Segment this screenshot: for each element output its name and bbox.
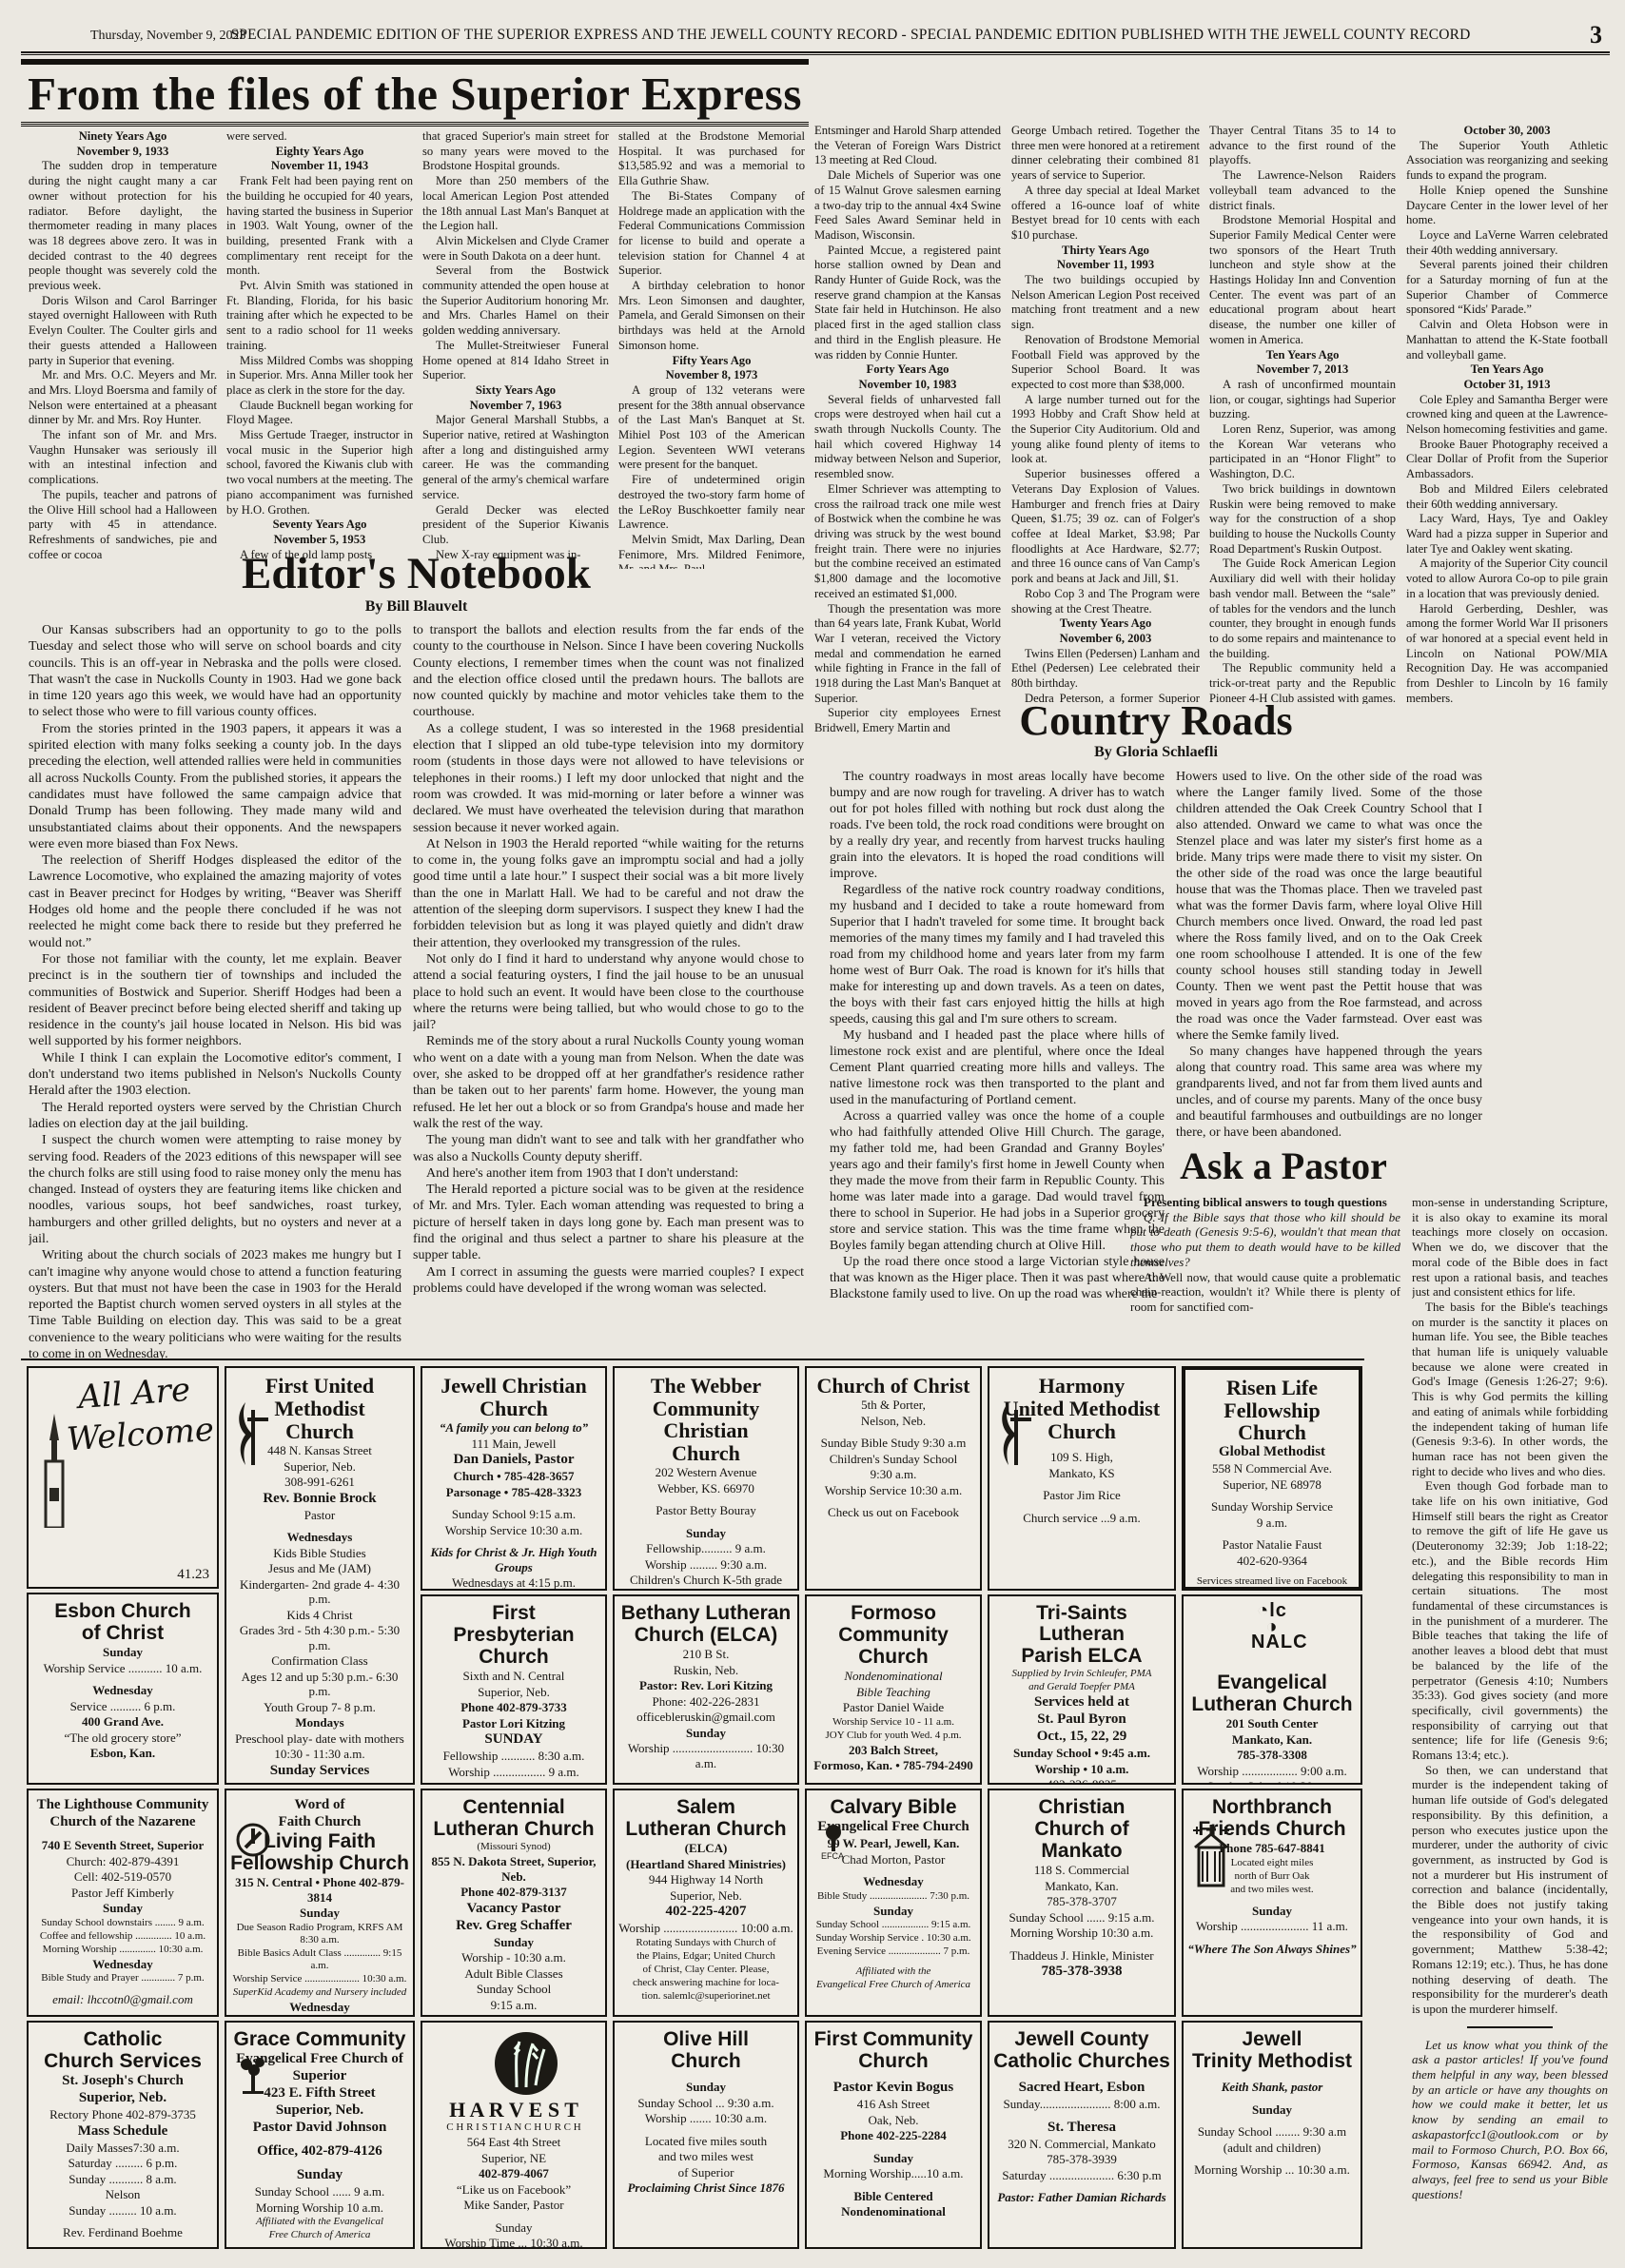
subhead: November 11, 1993 — [1011, 258, 1200, 273]
paragraph: A three day special at Ideal Market offe… — [1011, 184, 1200, 244]
paragraph: Loren Renz, Superior, was among the Kore… — [1209, 422, 1396, 482]
welcome-line-2: Welcome! — [66, 1413, 218, 1457]
ad-heading-line: of Christ — [32, 1623, 213, 1644]
masthead-title: SPECIAL PANDEMIC EDITION OF THE SUPERIOR… — [190, 27, 1511, 44]
ad-heading-line: Community — [811, 1625, 976, 1646]
paragraph: Regardless of the native rock country ro… — [830, 882, 1165, 1027]
ad-line: Sunday Worship Service . 10:30 a.m. — [811, 1932, 976, 1945]
ad-line: 785-378-3939 — [993, 2152, 1170, 2167]
ad-line: Church • 785-428-3657 — [426, 1469, 601, 1484]
ad-line — [993, 1942, 1170, 1947]
ad-line — [618, 2073, 793, 2079]
ad-line: Sunday — [426, 2220, 601, 2236]
ad-first-united-methodist: First UnitedMethodistChurch448 N. Kansas… — [225, 1366, 415, 1785]
ad-line: Ages 12 and up 5:30 p.m.- 6:30 p.m. — [230, 1670, 409, 1699]
ad-line: Bible Basics Adult Class .............. … — [230, 1947, 409, 1972]
ad-line: Sunday School ... 9:30 a.m. — [618, 2096, 793, 2111]
paragraph: The infant son of Mr. and Mrs. Vaughn Hu… — [29, 428, 217, 488]
ad-line: Wednesdays — [230, 1530, 409, 1545]
ad-heading-line: Centennial — [426, 1797, 601, 1818]
ad-line — [230, 2137, 409, 2142]
paragraph: The sudden drop in temperature during th… — [29, 159, 217, 293]
ad-line: C H R I S T I A N C H U R C H — [426, 2121, 601, 2134]
ad-line: Fellowship.......... 9 a.m. — [618, 1541, 793, 1556]
files-column-6: George Umbach retired. Together the thre… — [1011, 124, 1200, 704]
ad-line: Sacred Heart, Esbon — [993, 2080, 1170, 2096]
ad-line: Church of the Nazarene — [32, 1814, 213, 1830]
ad-line: Sunday — [230, 2167, 409, 2183]
paragraph: The Herald reported oysters were served … — [29, 1100, 401, 1133]
paragraph: I suspect the church women were attempti… — [29, 1132, 401, 1247]
paragraph: Bob and Mildred Eilers celebrated their … — [1406, 482, 1608, 512]
ad-text: CatholicChurch ServicesSt. Joseph's Chur… — [32, 2029, 213, 2240]
ad-catholic-church-services: CatholicChurch ServicesSt. Joseph's Chur… — [27, 2021, 219, 2249]
ad-webber-community: The WebberCommunity ChristianChurch202 W… — [613, 1366, 799, 1591]
ad-lighthouse-nazarene: The Lighthouse CommunityChurch of the Na… — [27, 1789, 219, 2017]
subhead: November 9, 1933 — [29, 145, 217, 160]
ad-calvary-bible: EFCACalvary BibleEvangelical Free Church… — [805, 1789, 982, 2017]
ad-line: tion. salemlc@superiorinet.net — [618, 1990, 793, 2003]
ad-line: “A family you can belong to” — [426, 1420, 601, 1436]
paragraph: Major General Marshall Stubbs, a Superio… — [422, 413, 609, 502]
ad-line — [1187, 2156, 1357, 2161]
paragraph: Mr. and Mrs. O.C. Meyers and Mr. and Mrs… — [29, 368, 217, 428]
subhead: October 31, 1913 — [1406, 378, 1608, 393]
files-column-4: stalled at the Brodstone Memorial Hospit… — [618, 129, 805, 569]
ad-text: Tri-Saints LutheranParish ELCASupplied b… — [993, 1603, 1170, 1785]
ad-line: Parsonage • 785-428-3323 — [426, 1485, 601, 1500]
ad-line: 9:15 a.m. — [426, 1998, 601, 2013]
ad-line — [426, 1538, 601, 1544]
ad-line: Phone: 402-226-2831 — [618, 1694, 793, 1710]
editors-notebook-column-b: to transport the ballots and election re… — [413, 622, 804, 1360]
ad-line: Worship - 10:30 a.m. — [426, 1950, 601, 1965]
ad-line: 10:30 - 11:30 a.m. — [230, 1747, 409, 1762]
ad-line: 558 N Commercial Ave. — [1189, 1461, 1355, 1476]
ad-line: Saturday ......... 6 p.m. — [32, 2156, 213, 2171]
ad-line: SuperKid Academy and Nursery included — [230, 1986, 409, 1999]
ad-line: 855 N. Dakota Street, Superior, Neb. — [426, 1854, 601, 1884]
ad-line — [618, 1496, 793, 1502]
ad-text: FirstPresbyterianChurchSixth and N. Cent… — [426, 1603, 601, 1779]
nalc-logo-icon: ◔lc ◑ NALC — [1251, 1604, 1293, 1671]
paragraph: From the stories printed in the 1903 pap… — [29, 721, 401, 852]
ad-evangelical-lutheran: ◔lc ◑ NALCEvangelicalLutheran Church201 … — [1182, 1594, 1362, 1785]
subhead: Forty Years Ago — [814, 362, 1001, 378]
ad-line: Nondenominational — [811, 1669, 976, 1684]
ad-line: Superior, Neb. — [32, 2090, 213, 2106]
ad-line: 111 Main, Jewell — [426, 1437, 601, 1452]
ad-line: email: lhccotn0@gmail.com — [32, 1992, 213, 2007]
paragraph: Frank Felt had been paying rent on the b… — [226, 174, 413, 279]
ad-line: Superior, NE 68978 — [1189, 1477, 1355, 1493]
ad-line: Esbon, Kan. — [32, 1746, 213, 1761]
ad-line: Pastor Daniel Waide — [811, 1700, 976, 1715]
ad-heading-line: Mankato — [993, 1841, 1170, 1862]
ad-grace-community: Grace CommunityEvangelical Free Church o… — [225, 2021, 415, 2249]
ad-text: Jewell CountyCatholic ChurchesSacred Hea… — [993, 2029, 1170, 2205]
ad-text: Jewell ChristianChurch“A family you can … — [426, 1375, 601, 1591]
ad-line: St. Joseph's Church — [32, 2073, 213, 2089]
paragraph: The two buildings occupied by Nelson Ame… — [1011, 273, 1200, 333]
ad-text: Olive HillChurchSundaySunday School ... … — [618, 2029, 793, 2196]
ad-line: JOY Club for youth Wed. 4 p.m. — [811, 1730, 976, 1742]
ad-line: Worship Service 10:30 a.m. — [426, 1523, 601, 1538]
ad-line: Formoso, Kan. • 785-794-2490 — [811, 1758, 976, 1773]
ad-line: Pastor Betty Bouray — [618, 1503, 793, 1518]
divider-rule — [1467, 2026, 1553, 2028]
paragraph: were served. — [226, 129, 413, 145]
files-column-5: Entsminger and Harold Sharp attended the… — [814, 124, 1001, 753]
ad-line: Sunday — [1187, 2102, 1357, 2118]
ad-line — [32, 1831, 213, 1837]
ad-line: Jesus and Me (JAM) — [230, 1561, 409, 1576]
ad-harvest-christian: H A R V E S TC H R I S T I A N C H U R C… — [421, 2021, 607, 2249]
ad-line: Sunday ......... 10 a.m. — [32, 2203, 213, 2219]
ad-heading-line: Church — [426, 1398, 601, 1419]
ad-heading-line: Harmony — [993, 1375, 1170, 1397]
ad-line: Kids Bible Studies — [230, 1546, 409, 1561]
ad-line: Rev. Bonnie Brock — [230, 1491, 409, 1507]
ad-line: Mondays — [230, 1715, 409, 1730]
word-of-faith-cross-icon — [232, 1823, 274, 1889]
ad-text: Bethany LutheranChurch (ELCA)210 B St.Ru… — [618, 1603, 793, 1770]
ad-line: 320 N. Commercial, Mankato — [993, 2137, 1170, 2152]
ad-line: Keith Shank, pastor — [1187, 2080, 1357, 2095]
ad-line: 402-236-8825 — [993, 1777, 1170, 1785]
paragraph: mon-sense in understanding Scripture, it… — [1412, 1195, 1608, 1300]
ad-text: The WebberCommunity ChristianChurch202 W… — [618, 1375, 793, 1588]
paragraph: And here's another item from 1903 that I… — [413, 1165, 804, 1182]
ad-line: Adult Bible, SuperKid Academy ....... 7 … — [230, 2015, 409, 2017]
ad-formoso-community: FormosoCommunityChurchNondenominationalB… — [805, 1594, 982, 1785]
ad-text: ChristianChurch ofMankato118 S. Commerci… — [993, 1797, 1170, 1980]
ad-line: 202 Western Avenue — [618, 1465, 793, 1480]
ad-line: Due Season Radio Program, KRFS AM 8:30 a… — [230, 1922, 409, 1946]
ad-line: Pastor Natalie Faust — [1189, 1537, 1355, 1553]
ad-line: Mankato, KS — [993, 1466, 1170, 1481]
ad-heading-line: Formoso — [811, 1603, 976, 1624]
ad-line — [1187, 1897, 1357, 1903]
paragraph: Renovation of Brodstone Memorial Footbal… — [1011, 333, 1200, 393]
ad-line: Bible Centered — [811, 2189, 976, 2204]
ad-line: Rev. Ferdinand Boehme — [32, 2225, 213, 2240]
ad-heading-line: Grace Community — [230, 2029, 409, 2050]
ad-line: Church service ...9 a.m. — [993, 1511, 1170, 1526]
ad-jewell-christian: Jewell ChristianChurch“A family you can … — [421, 1366, 607, 1591]
ad-line: Sunday Services — [230, 1763, 409, 1779]
ad-heading-line: Lutheran Church — [426, 1819, 601, 1840]
ad-line: Morning Worship 10 a.m. — [230, 2200, 409, 2216]
ad-heading-line: The Webber — [618, 1375, 793, 1397]
paragraph: Robo Cop 3 and The Program were showing … — [1011, 587, 1200, 616]
ad-heading-line: Calvary Bible — [811, 1797, 976, 1818]
ad-line: Sunday — [32, 1901, 213, 1916]
ad-line: Worship.... 8:00 & 10:30 a.m. — [230, 1780, 409, 1786]
ad-olive-hill-church: Olive HillChurchSundaySunday School ... … — [613, 2021, 799, 2249]
church-building-icon — [1189, 1823, 1231, 1889]
country-roads-column-a: The country roadways in most areas local… — [830, 769, 1165, 1351]
ad-salem-lutheran: SalemLutheran Church(ELCA)(Heartland Sha… — [613, 1789, 799, 2017]
ad-line: 740 E Seventh Street, Superior — [32, 1838, 213, 1853]
ad-line: “The old grocery store” — [32, 1730, 213, 1746]
ad-line — [230, 2160, 409, 2166]
ask-a-pastor-column-b: mon-sense in understanding Scripture, it… — [1412, 1195, 1608, 2234]
paragraph: Alvin Mickelsen and Clyde Cramer were in… — [422, 234, 609, 264]
ad-heading-line: Church Services — [32, 2051, 213, 2072]
ad-heading-line: Church (ELCA) — [618, 1625, 793, 1646]
ad-line: Superior, Neb. — [618, 1888, 793, 1904]
ad-line: Worship • 10 a.m. — [993, 1762, 1170, 1777]
paragraph: My husband and I headed past the place w… — [830, 1027, 1165, 1108]
welcome-line-1: All Are — [77, 1371, 218, 1415]
paragraph: Across a quarried valley was once the ho… — [830, 1108, 1165, 1254]
ad-line: Nelson, Neb. — [811, 1414, 976, 1429]
ad-line: Sunday — [618, 1726, 793, 1741]
ad-line: Sunday — [618, 1526, 793, 1541]
ad-line: Global Methodist — [1189, 1444, 1355, 1460]
ad-line — [1187, 1935, 1357, 1941]
subhead: Ninety Years Ago — [29, 129, 217, 145]
paragraph: Am I correct in assuming the guests were… — [413, 1264, 804, 1298]
ad-line — [32, 1676, 213, 1682]
paragraph: Loyce and LaVerne Warren celebrated thei… — [1406, 228, 1608, 258]
subhead: Ten Years Ago — [1406, 362, 1608, 378]
ad-line: Wednesday — [32, 1683, 213, 1698]
ad-harmony-united-methodist: HarmonyUnited MethodistChurch109 S. High… — [988, 1366, 1176, 1591]
paragraph: Entsminger and Harold Sharp attended the… — [814, 124, 1001, 168]
paragraph: Doris Wilson and Carol Barringer stayed … — [29, 294, 217, 369]
paragraph: A large number turned out for the 1993 H… — [1011, 393, 1200, 468]
files-column-2: were served.Eighty Years AgoNovember 11,… — [226, 129, 413, 586]
umc-cross-flame-icon — [995, 1400, 1037, 1467]
ad-heading-line: Tri-Saints Lutheran — [993, 1603, 1170, 1645]
ad-centennial-lutheran: CentennialLutheran Church(Missouri Synod… — [421, 1789, 607, 2017]
paragraph: The Guide Rock American Legion Auxiliary… — [1209, 557, 1396, 661]
ad-line: Phone 402-225-2284 — [811, 2128, 976, 2143]
ad-line: Rotating Sundays with Church of — [618, 1937, 793, 1949]
ad-line: 402-620-9364 — [1189, 1554, 1355, 1569]
paragraph: As a college student, I was so intereste… — [413, 721, 804, 836]
paragraph: Gerald Decker was elected president of t… — [422, 503, 609, 548]
ad-line — [811, 1498, 976, 1504]
ad-line: Services held at — [993, 1694, 1170, 1711]
ad-line: Church: 402-879-4391 — [32, 1854, 213, 1869]
ad-line: Pastor: Father Damian Richards — [993, 2190, 1170, 2205]
wheat-icon — [493, 2030, 535, 2097]
editors-notebook-title: Editor's Notebook — [29, 548, 804, 599]
ad-church-of-christ-nelson: Church of Christ5th & Porter,Nelson, Neb… — [805, 1366, 982, 1591]
paragraph: Calvin and Oleta Hobson were in Manhatta… — [1406, 318, 1608, 362]
ad-jewell-county-catholic: Jewell CountyCatholic ChurchesSacred Hea… — [988, 2021, 1176, 2249]
subhead: November 7, 2013 — [1209, 362, 1396, 378]
ad-heading-line: Lutheran Church — [1187, 1694, 1357, 1715]
ad-line: 9:30 a.m. — [811, 1467, 976, 1482]
ad-line: and two miles west — [618, 2149, 793, 2164]
paragraph: The Herald reported a picture social was… — [413, 1182, 804, 1263]
ad-living-faith-fellowship: Word ofFaith ChurchLiving FaithFellowshi… — [225, 1789, 415, 2017]
ad-line: Worship Service 10:30 a.m. — [811, 1483, 976, 1498]
paragraph: For those not familiar with the county, … — [29, 951, 401, 1050]
ad-line — [618, 1519, 793, 1525]
ad-line: 210 B St. — [618, 1647, 793, 1662]
ad-line: Mankato, Kan. — [993, 1879, 1170, 1894]
ads-top-rule — [21, 1359, 1364, 1360]
ad-heading-line: Church of — [993, 1819, 1170, 1840]
paragraph: A birthday celebration to honor Mrs. Leo… — [618, 279, 805, 354]
ad-line: (ELCA) — [618, 1841, 793, 1856]
ad-esbon-church-of-christ: Esbon Churchof ChristSundayWorship Servi… — [27, 1593, 219, 1785]
subhead: November 8, 1973 — [618, 368, 805, 383]
ad-heading-line: Church — [618, 2051, 793, 2072]
paragraph: Writing about the church socials of 2023… — [29, 1247, 401, 1360]
ad-text: Esbon Churchof ChristSundayWorship Servi… — [32, 1601, 213, 1761]
ad-line: Worship ........................ 10:00 a… — [618, 1921, 793, 1936]
ad-line: Kindergarten- 2nd grade 4- 4:30 p.m. — [230, 1577, 409, 1607]
paragraph: Brodstone Memorial Hospital and Superior… — [1209, 213, 1396, 347]
ad-line — [426, 2214, 601, 2219]
ad-line: 9 a.m. — [1189, 1515, 1355, 1531]
ad-text: Church of Christ5th & Porter,Nelson, Neb… — [811, 1375, 976, 1520]
paragraph: Miss Gertude Traeger, instructor in voca… — [226, 428, 413, 518]
ad-line: Supplied by Irvin Schleufer, PMA — [993, 1668, 1170, 1680]
ad-heading-line: Risen Life — [1189, 1377, 1355, 1398]
ad-line: Oct., 15, 22, 29 — [993, 1729, 1170, 1745]
ad-line: Pastor David Johnson — [230, 2120, 409, 2136]
ad-line: and Gerald Toepfer PMA — [993, 1681, 1170, 1693]
paragraph: Painted Mccue, a registered paint horse … — [814, 244, 1001, 363]
paragraph: stalled at the Brodstone Memorial Hospit… — [618, 129, 805, 189]
ad-heading-line: Jewell County — [993, 2029, 1170, 2050]
ad-line: Sunday — [230, 1906, 409, 1921]
ad-line — [811, 2144, 976, 2150]
ad-heading-line: First — [426, 1603, 601, 1624]
ad-line: Services streamed live on Facebook — [1189, 1575, 1355, 1588]
ad-line: Sunday Worship Service — [1189, 1499, 1355, 1515]
paragraph: Lacy Ward, Hays, Tye and Oakley Ward had… — [1406, 512, 1608, 557]
ad-heading-line: Olive Hill — [618, 2029, 793, 2050]
ad-line — [32, 1985, 213, 1991]
subhead: Thirty Years Ago — [1011, 244, 1200, 259]
ad-heading-line: Fellowship Church — [1189, 1399, 1355, 1443]
ad-line: The Lighthouse Community — [32, 1797, 213, 1813]
country-roads-byline: By Gloria Schlaefli — [828, 744, 1484, 761]
subhead: November 10, 1983 — [814, 378, 1001, 393]
from-files-headline: From the files of the Superior Express — [21, 67, 809, 121]
ad-line: Kids 4 Christ — [230, 1608, 409, 1623]
paragraph: Though the presentation was more than 64… — [814, 602, 1001, 707]
ad-line: Superior, Neb. — [426, 1685, 601, 1700]
ad-line: Sunday — [426, 1935, 601, 1950]
paragraph: that graced Superior's main street for s… — [422, 129, 609, 174]
ad-line: Sunday — [811, 2151, 976, 2166]
paragraph: Let us know what you think of the ask a … — [1412, 2038, 1608, 2202]
ad-line: Sunday School 10:30 a.m. — [1187, 1779, 1357, 1785]
paragraph: Reminds me of the story about a rural Nu… — [413, 1033, 804, 1132]
paragraph: While I think I can explain the Locomoti… — [29, 1050, 401, 1100]
ad-line: (Heartland Shared Ministries) — [618, 1857, 793, 1872]
ad-heading-line: Church — [426, 1647, 601, 1668]
ad-line — [1187, 2096, 1357, 2102]
ad-text: SalemLutheran Church(ELCA)(Heartland Sha… — [618, 1797, 793, 2003]
ad-line: Worship Service ........... 10 a.m. — [32, 1661, 213, 1676]
paragraph: The Bi-States Company of Holdrege made a… — [618, 189, 805, 279]
ad-line: of Superior — [618, 2165, 793, 2180]
ad-text: EvangelicalLutheran Church201 South Cent… — [1187, 1672, 1357, 1785]
ad-line: Sunday — [811, 1904, 976, 1919]
svg-text:EFCA: EFCA — [821, 1851, 844, 1861]
ad-line: Sunday....................... 8:00 a.m. — [993, 2097, 1170, 2112]
ad-line: Phone 402-879-3137 — [426, 1885, 601, 1900]
files-column-8: October 30, 2003The Superior Youth Athle… — [1406, 124, 1608, 706]
ad-line: Pastor: Rev. Lori Kitzing — [618, 1678, 793, 1693]
paragraph: The young man didn't want to see and tal… — [413, 1132, 804, 1165]
ad-line: Bible Teaching — [811, 1685, 976, 1700]
paragraph: Several from the Bostwick community atte… — [422, 264, 609, 339]
ad-line: Proclaiming Christ Since 1876 — [618, 2180, 793, 2196]
ad-line — [618, 2127, 793, 2133]
paragraph: Howers used to live. On the other side o… — [1176, 769, 1482, 1044]
ad-line: Sunday School 9:15 a.m. — [426, 1507, 601, 1522]
ad-heading-line: Community Christian — [618, 1398, 793, 1441]
ad-line: Cell: 402-519-0570 — [32, 1869, 213, 1885]
ad-line — [1189, 1569, 1355, 1574]
files-column-3: that graced Superior's main street for s… — [422, 129, 609, 597]
ad-line: 118 S. Commercial — [993, 1863, 1170, 1878]
ad-first-community-church: First CommunityChurchPastor Kevin Bogus4… — [805, 2021, 982, 2249]
paragraph: Two brick buildings in downtown Ruskin w… — [1209, 482, 1396, 557]
tree-icon — [232, 2055, 274, 2121]
ad-line — [1189, 1493, 1355, 1498]
ad-line: Saturday ..................... 6:30 p.m — [993, 2168, 1170, 2183]
ad-line: 785-378-3308 — [1187, 1748, 1357, 1763]
ad-line: Oak, Neb. — [811, 2113, 976, 2128]
ad-line: Confirmation Class — [230, 1653, 409, 1669]
ad-line: 944 Highway 14 North — [618, 1872, 793, 1887]
ad-heading-line: Church — [811, 2051, 976, 2072]
ad-line: Wednesday — [230, 2000, 409, 2015]
ad-heading-line: Salem — [618, 1797, 793, 1818]
ad-line — [993, 2183, 1170, 2189]
country-roads-title: Country Roads — [828, 696, 1484, 745]
ad-line: 402-879-4067 — [426, 2166, 601, 2181]
ad-line: Sunday Bible Study 9:30 a.m — [811, 1436, 976, 1451]
ad-line: Free Church of America — [230, 2229, 409, 2241]
masthead-rule — [21, 51, 1610, 55]
ask-a-pastor-column-a: Presenting biblical answers to tough que… — [1130, 1195, 1400, 1355]
ad-line: Daily Masses7:30 a.m. — [32, 2141, 213, 2156]
paragraph: Brooke Bauer Photography received a Clea… — [1406, 438, 1608, 482]
ad-line — [993, 1504, 1170, 1510]
ad-heading-line: First Community — [811, 2029, 976, 2050]
paragraph: Fire of undetermined origin destroyed th… — [618, 473, 805, 533]
ad-line: Sunday School downstairs ........ 9 a.m. — [32, 1917, 213, 1929]
paragraph: George Umbach retired. Together the thre… — [1011, 124, 1200, 184]
paragraph: Superior businesses offered a Veterans D… — [1011, 467, 1200, 587]
paragraph: to transport the ballots and election re… — [413, 622, 804, 721]
ad-line: Worship .......................... 10:30… — [618, 1741, 793, 1770]
subhead: Seventy Years Ago — [226, 518, 413, 533]
paragraph: Holle Kniep opened the Sunshine Daycare … — [1406, 184, 1608, 228]
subhead: November 11, 1943 — [226, 159, 413, 174]
paragraph: Miss Mildred Combs was shopping in Super… — [226, 354, 413, 399]
ad-line: Mass Schedule — [32, 2123, 213, 2140]
ad-line: Bible Study and Prayer ............. 7 p… — [32, 1972, 213, 1984]
ad-line — [230, 1523, 409, 1529]
ad-line — [1187, 2118, 1357, 2123]
ad-line: Worship .................. 9:00 a.m. — [1187, 1764, 1357, 1779]
paragraph: A: Well now, that would cause quite a pr… — [1130, 1270, 1400, 1315]
